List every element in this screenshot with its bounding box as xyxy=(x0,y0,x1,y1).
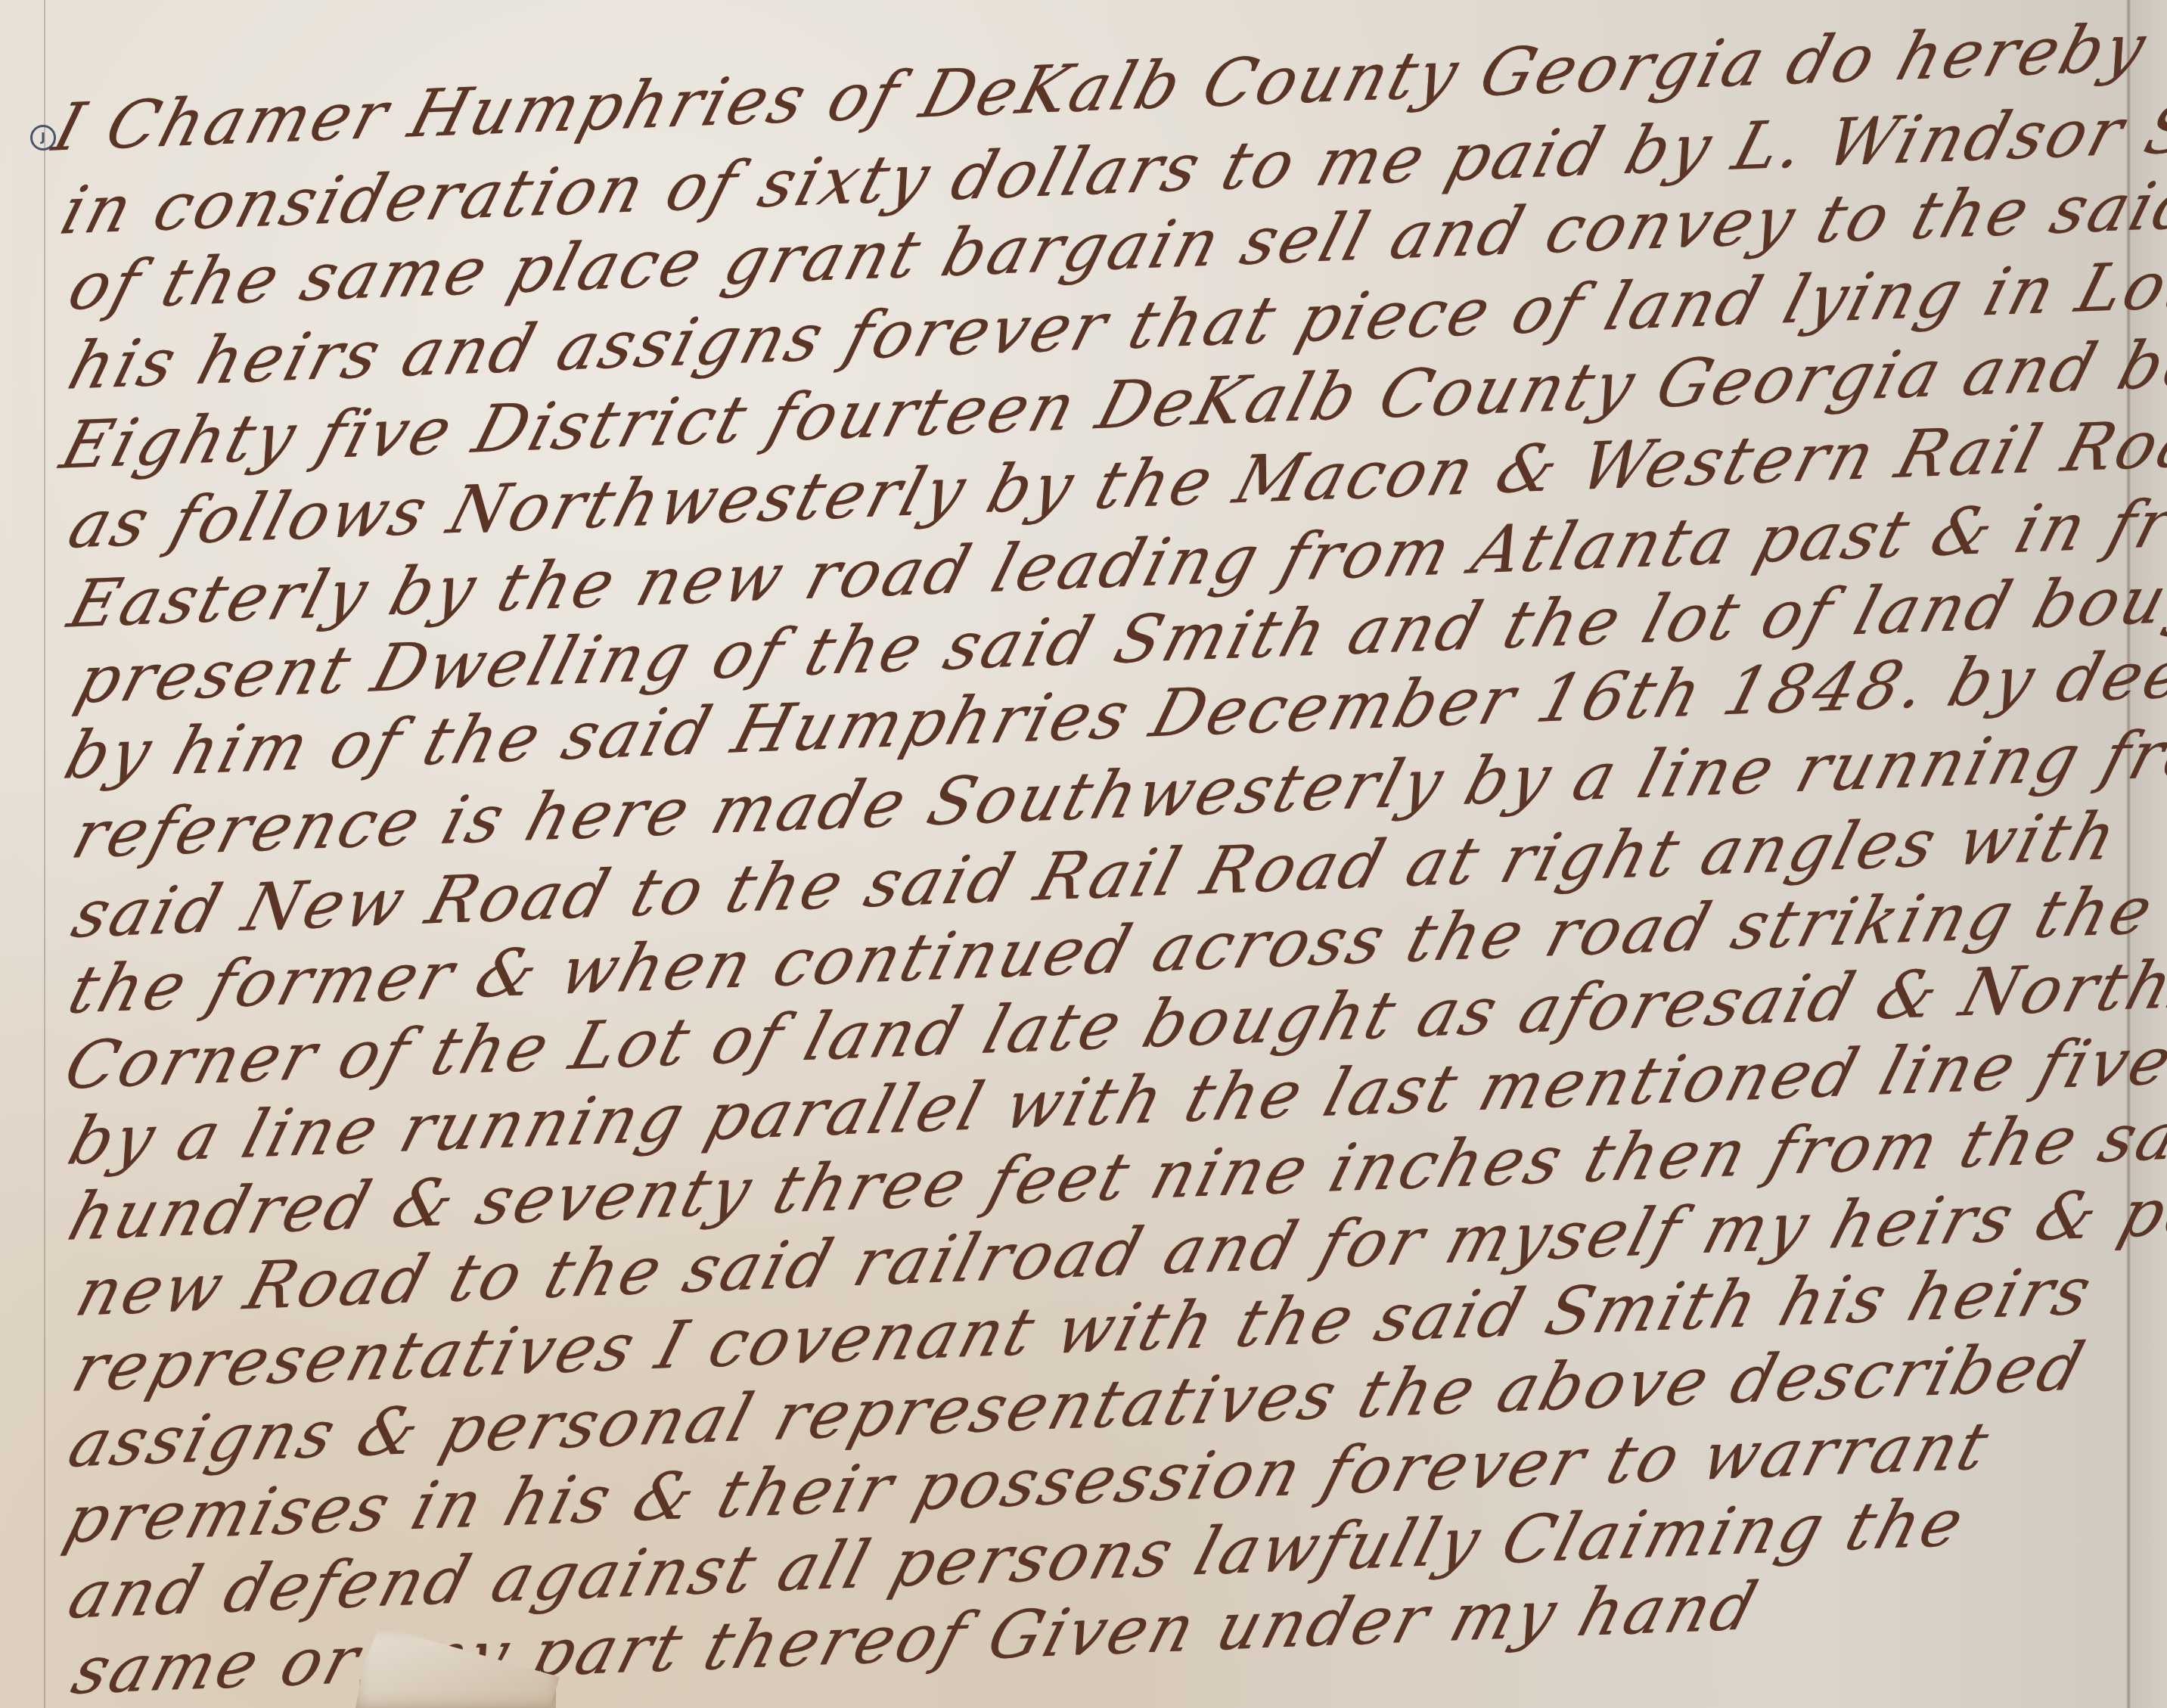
margin-rule xyxy=(44,0,45,1708)
document-page: J I Chamer Humphries of DeKalb County Ge… xyxy=(0,0,2167,1708)
